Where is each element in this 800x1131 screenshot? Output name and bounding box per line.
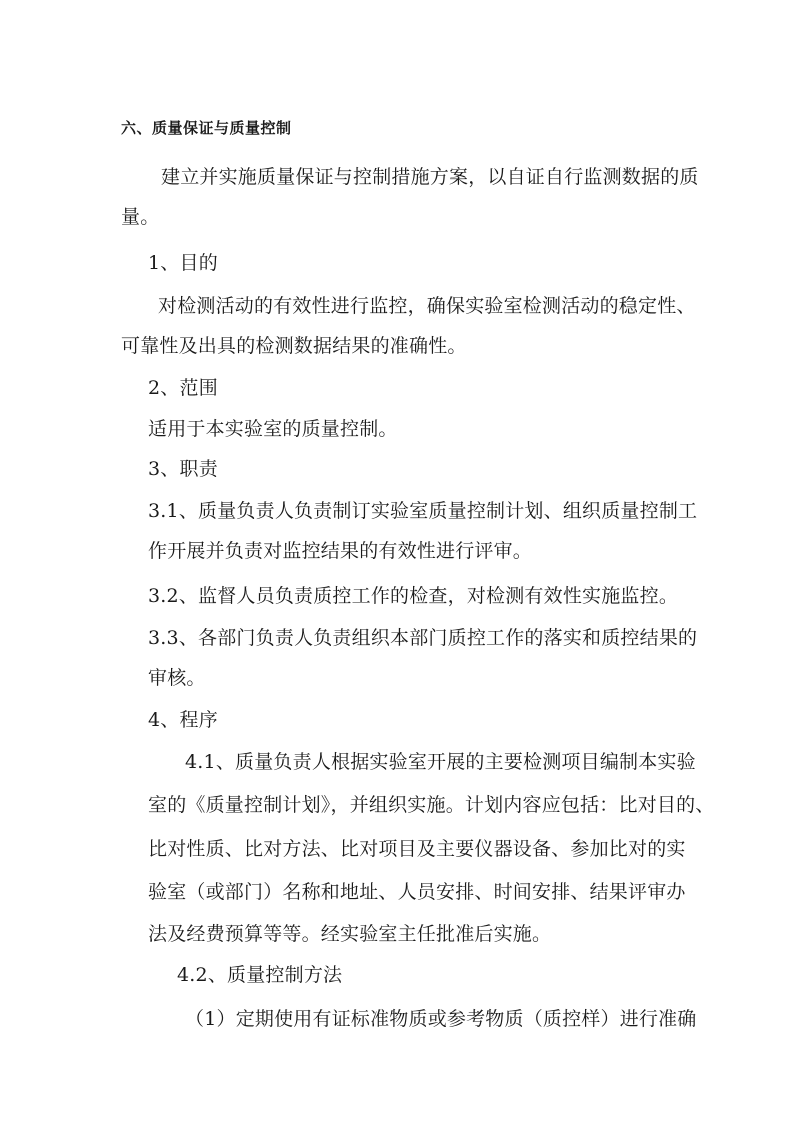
- section-4-2-title: 4.2、质量控制方法: [177, 964, 342, 986]
- intro-paragraph-line-2: 量。: [121, 206, 159, 228]
- section-1-title: 1、目的: [148, 252, 218, 274]
- section-4-1-line-4: 验室（或部门）名称和地址、人员安排、时间安排、结果评审办: [148, 881, 686, 903]
- section-4-1-line-1: 4.1、质量负责人根据实验室开展的主要检测项目编制本实验: [185, 751, 696, 773]
- section-1-body-line-1: 对检测活动的有效性进行监控，确保实验室检测活动的稳定性、: [158, 295, 696, 317]
- document-page: 六、质量保证与质量控制 建立并实施质量保证与控制措施方案，以自证自行监测数据的质…: [0, 0, 800, 1131]
- section-4-title: 4、程序: [148, 709, 218, 731]
- section-3-3-line-1: 3.3、各部门负责人负责组织本部门质控工作的落实和质控结果的: [148, 627, 697, 649]
- section-4-1-line-5: 法及经费预算等等。经实验室主任批准后实施。: [148, 923, 551, 945]
- section-3-title: 3、职责: [148, 458, 218, 480]
- section-1-body-line-2: 可靠性及出具的检测数据结果的准确性。: [121, 335, 467, 357]
- section-3-1-line-2: 作开展并负责对监控结果的有效性进行评审。: [148, 540, 532, 562]
- intro-paragraph-line-1: 建立并实施质量保证与控制措施方案，以自证自行监测数据的质: [161, 166, 699, 188]
- section-4-2-item-1: （1）定期使用有证标准物质或参考物质（质控样）进行准确: [185, 1008, 697, 1030]
- section-3-1-line-1: 3.1、质量负责人负责制订实验室质量控制计划、组织质量控制工: [148, 500, 697, 522]
- section-4-1-line-3: 比对性质、比对方法、比对项目及主要仪器设备、参加比对的实: [148, 838, 686, 860]
- section-2-title: 2、范围: [148, 377, 218, 399]
- section-4-1-line-2: 室的《质量控制计划》，并组织实施。计划内容应包括：比对目的、: [148, 794, 715, 816]
- section-3-3-line-2: 审核。: [148, 667, 206, 689]
- section-2-body: 适用于本实验室的质量控制。: [148, 418, 398, 440]
- section-heading: 六、质量保证与质量控制: [121, 117, 292, 139]
- section-3-2: 3.2、监督人员负责质控工作的检查，对检测有效性实施监控。: [148, 585, 678, 607]
